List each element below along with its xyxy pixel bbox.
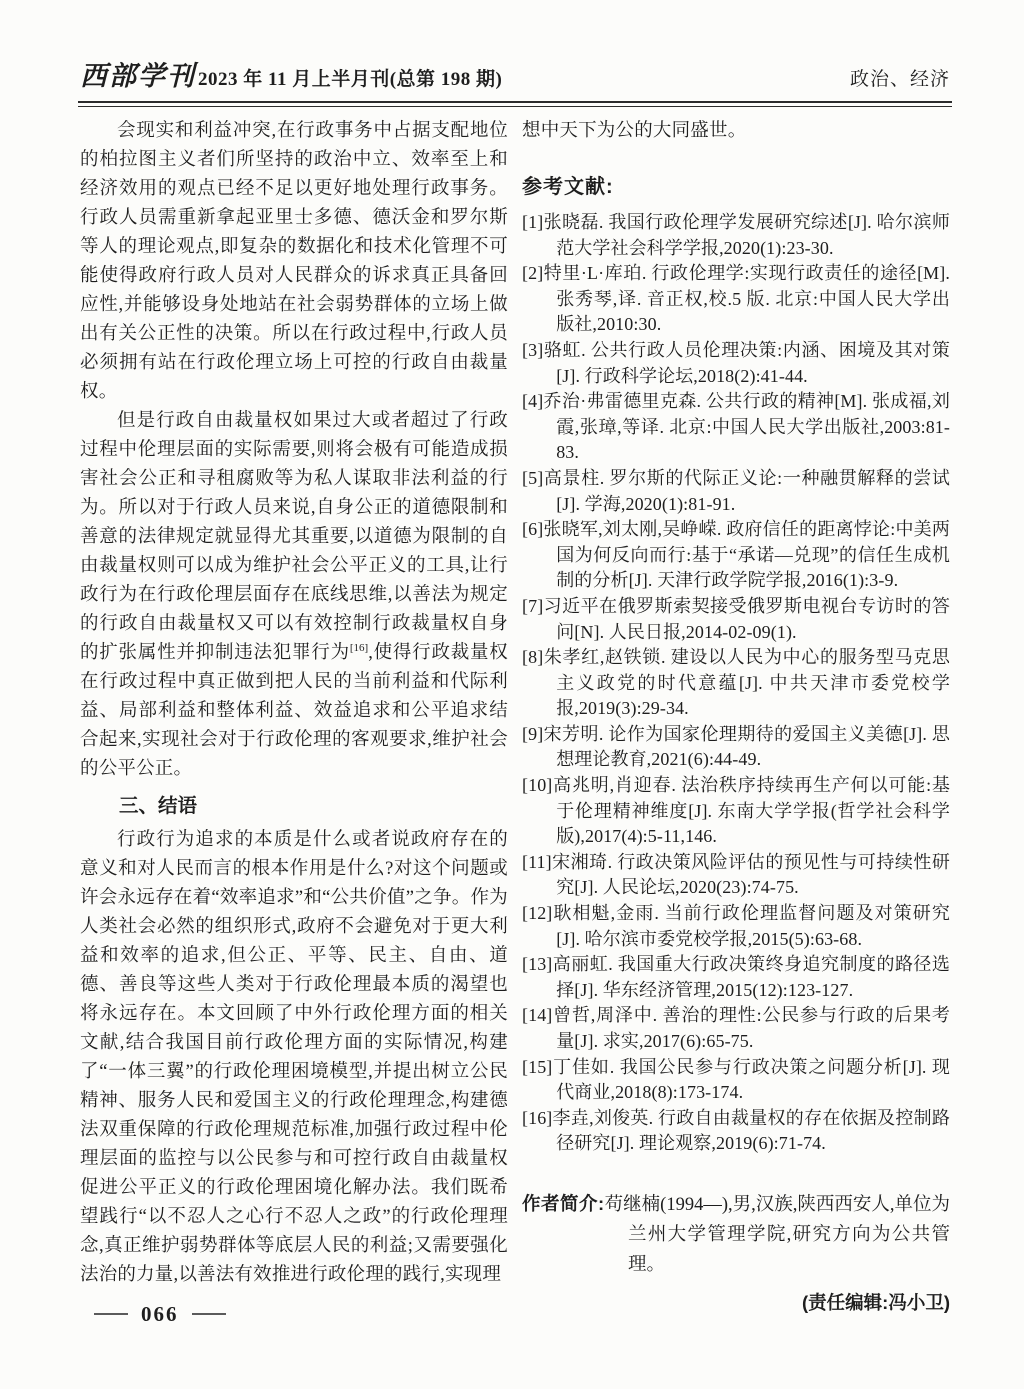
author-bio: 作者简介:苟继楠(1994—),男,汉族,陕西西安人,单位为兰州大学管理学院,研… (522, 1189, 950, 1280)
reference-item: [13]高丽虹. 我国重大行政决策终身追究制度的路径选择[J]. 华东经济管理,… (522, 952, 950, 1003)
conclusion-heading: 三、结语 (80, 791, 508, 821)
reference-item: [11]宋湘琦. 行政决策风险评估的预见性与可持续性研究[J]. 人民论坛,20… (522, 850, 950, 901)
reference-item: [3]骆虹. 公共行政人员伦理决策:内涵、困境及其对策[J]. 行政科学论坛,2… (522, 338, 950, 389)
reference-item: [14]曾哲,周泽中. 善治的理性:公民参与行政的后果考量[J]. 求实,201… (522, 1003, 950, 1054)
references-heading: 参考文献: (522, 172, 950, 202)
page-number: 066 (141, 1303, 179, 1325)
right-column: 想中天下为公的大同盛世。 参考文献: [1]张晓磊. 我国行政伦理学发展研究综述… (522, 117, 950, 1317)
author-bio-label: 作者简介: (522, 1193, 605, 1214)
page-number-dash-right (192, 1313, 226, 1315)
reference-item: [8]朱孝红,赵铁锁. 建设以人民为中心的服务型马克思主义政党的时代意蕴[J].… (522, 645, 950, 722)
reference-item: [1]张晓磊. 我国行政伦理学发展研究综述[J]. 哈尔滨师范大学社会科学学报,… (522, 210, 950, 261)
citation-marker: [16] (350, 642, 368, 654)
references-list: [1]张晓磊. 我国行政伦理学发展研究综述[J]. 哈尔滨师范大学社会科学学报,… (522, 210, 950, 1157)
header-left: 西部学刊 2023 年 11 月上半月刊(总第 198 期) (80, 62, 502, 92)
reference-item: [6]张晓军,刘太刚,吴峥嵘. 政府信任的距离悖论:中美两国为何反向而行:基于“… (522, 517, 950, 594)
paragraph-2-text: 但是行政自由裁量权如果过大或者超过了行政过程中伦理层面的实际需要,则将会极有可能… (80, 411, 508, 663)
issue-info: 2023 年 11 月上半月刊(总第 198 期) (198, 64, 502, 91)
reference-item: [2]特里·L·库珀. 行政伦理学:实现行政责任的途径[M]. 张秀琴,译. 音… (522, 261, 950, 338)
conclusion-paragraph: 行政行为追求的本质是什么或者说政府存在的意义和对人民而言的根本作用是什么?对这个… (80, 826, 508, 1290)
paragraph-2: 但是行政自由裁量权如果过大或者超过了行政过程中伦理层面的实际需要,则将会极有可能… (80, 407, 508, 784)
paragraph-2-text-cont: ,使得行政裁量权在行政过程中真正做到把人民的当前利益和代际利益、局部利益和整体利… (80, 643, 508, 779)
reference-item: [10]高兆明,肖迎春. 法治秩序持续再生产何以可能:基于伦理精神维度[J]. … (522, 773, 950, 850)
journal-page: 西部学刊 2023 年 11 月上半月刊(总第 198 期) 政治、经济 会现实… (0, 0, 1024, 1389)
author-bio-text: 苟继楠(1994—),男,汉族,陕西西安人,单位为兰州大学管理学院,研究方向为公… (605, 1195, 950, 1275)
paragraph-continuation: 想中天下为公的大同盛世。 (522, 117, 950, 146)
journal-logo: 西部学刊 (80, 62, 196, 92)
reference-item: [16]李垚,刘俊英. 行政自由裁量权的存在依据及控制路径研究[J]. 理论观察… (522, 1106, 950, 1157)
reference-item: [12]耿相魁,金雨. 当前行政伦理监督问题及对策研究[J]. 哈尔滨市委党校学… (522, 901, 950, 952)
editor-note: (责任编辑:冯小卫) (522, 1288, 950, 1317)
page-footer: 066 (94, 1303, 226, 1325)
reference-item: [4]乔治·弗雷德里克森. 公共行政的精神[M]. 张成福,刘霞,张璋,等译. … (522, 389, 950, 466)
section-label: 政治、经济 (850, 64, 950, 91)
page-header: 西部学刊 2023 年 11 月上半月刊(总第 198 期) 政治、经济 (80, 62, 950, 92)
header-rule (78, 101, 952, 107)
left-column: 会现实和利益冲突,在行政事务中占据支配地位的柏拉图主义者们所坚持的政治中立、效率… (80, 117, 508, 1290)
reference-item: [15]丁佳如. 我国公民参与行政决策之问题分析[J]. 现代商业,2018(8… (522, 1055, 950, 1106)
page-number-dash-left (94, 1313, 128, 1315)
reference-item: [9]宋芳明. 论作为国家伦理期待的爱国主义美德[J]. 思想理论教育,2021… (522, 722, 950, 773)
paragraph-1: 会现实和利益冲突,在行政事务中占据支配地位的柏拉图主义者们所坚持的政治中立、效率… (80, 117, 508, 407)
reference-item: [7]习近平在俄罗斯索契接受俄罗斯电视台专访时的答问[N]. 人民日报,2014… (522, 594, 950, 645)
reference-item: [5]高景柱. 罗尔斯的代际正义论:一种融贯解释的尝试[J]. 学海,2020(… (522, 466, 950, 517)
